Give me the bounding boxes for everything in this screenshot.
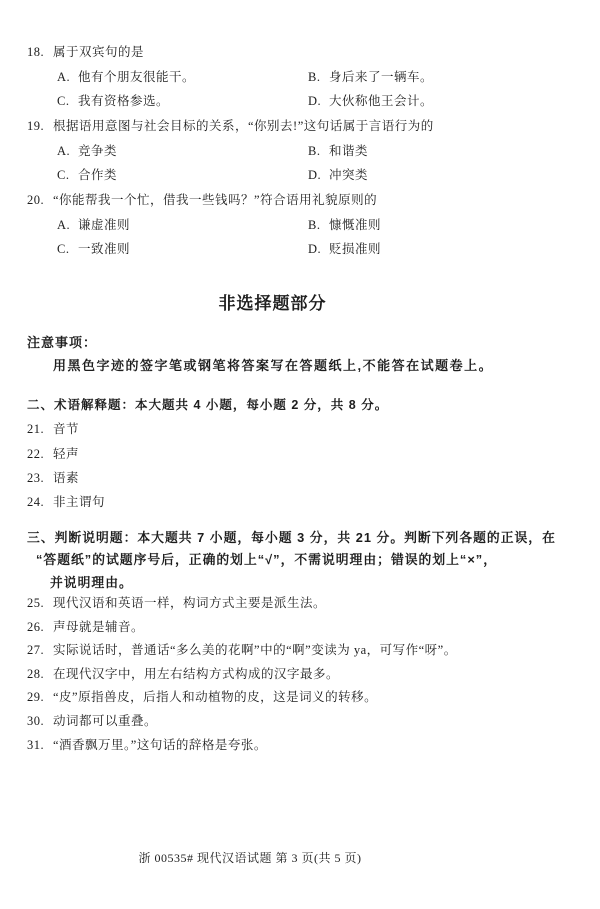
option-text: 冲突类	[329, 163, 368, 188]
item-23: 23.语素	[27, 466, 584, 490]
item-text: 音节	[53, 417, 79, 441]
option-text: 一致准则	[78, 237, 130, 262]
section-2: 二、 术语解释题：本大题共 4 小题，每小题 2 分，共 8 分。 21.音节 …	[27, 393, 584, 514]
option-letter: C.	[57, 237, 78, 262]
question-number: 19.	[27, 114, 53, 139]
question-text: 属于双宾句的是	[53, 40, 584, 65]
question-line: 19. 根据语用意图与社会目标的关系，“你别去!”这句话属于言语行为的	[27, 114, 584, 139]
section-number: 二、	[27, 393, 54, 417]
options: A.他有个朋友很能干。 B.身后来了一辆车。 C.我有资格参选。 D.大伙称他王…	[57, 65, 584, 114]
question-20: 20. “你能帮我一个忙，借我一些钱吗？”符合语用礼貌原则的 A.谦虚准则 B.…	[27, 188, 584, 262]
item-number: 30.	[27, 710, 53, 734]
option-text: 竞争类	[78, 139, 117, 164]
option-text: 谦虚准则	[78, 213, 130, 238]
exam-page: 18. 属于双宾句的是 A.他有个朋友很能干。 B.身后来了一辆车。 C.我有资…	[0, 0, 600, 909]
options: A.谦虚准则 B.慷慨准则 C.一致准则 D.贬损准则	[57, 213, 584, 262]
item-26: 26.声母就是辅音。	[27, 616, 584, 640]
option-row: A.他有个朋友很能干。 B.身后来了一辆车。	[57, 65, 584, 90]
notice: 注意事项： 用黑色字迹的签字笔或钢笔将答案写在答题纸上,不能答在试题卷上。	[27, 331, 584, 377]
option-d: D.大伙称他王会计。	[308, 89, 433, 114]
item-text: 动词都可以重叠。	[53, 710, 157, 734]
option-letter: A.	[57, 139, 78, 164]
item-25: 25.现代汉语和英语一样，构词方式主要是派生法。	[27, 592, 584, 616]
option-b: B.身后来了一辆车。	[308, 65, 433, 90]
item-text: 实际说话时，普通话“多么美的花啊”中的“啊”变读为 ya，可写作“呀”。	[53, 639, 457, 663]
option-letter: A.	[57, 65, 78, 90]
notice-label: 注意事项：	[27, 331, 584, 354]
section-title-text: 判断说明题：本大题共 7 小题，每小题 3 分，共 21 分。判断下列各题的正误…	[55, 527, 556, 549]
item-number: 31.	[27, 734, 53, 758]
section-3-title-line2: “答题纸”的试题序号后，正确的划上“√”，不需说明理由；错误的划上“×”，	[36, 549, 584, 571]
option-text: 慷慨准则	[329, 213, 381, 238]
item-number: 28.	[27, 663, 53, 687]
page-footer: 浙 00535# 现代汉语试题 第 3 页(共 5 页)	[0, 849, 500, 866]
option-row: C.我有资格参选。 D.大伙称他王会计。	[57, 89, 584, 114]
option-row: C.一致准则 D.贬损准则	[57, 237, 584, 262]
option-text: 身后来了一辆车。	[329, 65, 433, 90]
question-19: 19. 根据语用意图与社会目标的关系，“你别去!”这句话属于言语行为的 A.竞争…	[27, 114, 584, 188]
option-letter: A.	[57, 213, 78, 238]
item-text: “酒香飘万里。”这句话的辞格是夸张。	[53, 734, 267, 758]
options: A.竞争类 B.和谐类 C.合作类 D.冲突类	[57, 139, 584, 188]
option-a: A.谦虚准则	[57, 213, 308, 238]
item-number: 22.	[27, 442, 53, 466]
notice-text: 用黑色字迹的签字笔或钢笔将答案写在答题纸上,不能答在试题卷上。	[53, 354, 584, 377]
item-29: 29.“皮”原指兽皮，后指人和动植物的皮，这是词义的转移。	[27, 686, 584, 710]
question-text: 根据语用意图与社会目标的关系，“你别去!”这句话属于言语行为的	[53, 114, 584, 139]
section-3-title-line3: 并说明理由。	[50, 572, 584, 594]
option-letter: C.	[57, 89, 78, 114]
item-text: “皮”原指兽皮，后指人和动植物的皮，这是词义的转移。	[53, 686, 377, 710]
question-number: 18.	[27, 40, 53, 65]
option-b: B.和谐类	[308, 139, 368, 164]
item-number: 26.	[27, 616, 53, 640]
item-number: 27.	[27, 639, 53, 663]
section-number: 三、	[27, 527, 55, 549]
option-text: 合作类	[78, 163, 117, 188]
item-text: 轻声	[53, 442, 79, 466]
question-line: 18. 属于双宾句的是	[27, 40, 584, 65]
section-3-title-line1: 三、 判断说明题：本大题共 7 小题，每小题 3 分，共 21 分。判断下列各题…	[27, 527, 584, 549]
option-letter: D.	[308, 163, 329, 188]
item-31: 31.“酒香飘万里。”这句话的辞格是夸张。	[27, 734, 584, 758]
option-letter: B.	[308, 65, 329, 90]
option-a: A.竞争类	[57, 139, 308, 164]
option-b: B.慷慨准则	[308, 213, 381, 238]
option-letter: D.	[308, 89, 329, 114]
option-d: D.贬损准则	[308, 237, 381, 262]
item-number: 29.	[27, 686, 53, 710]
option-text: 大伙称他王会计。	[329, 89, 433, 114]
item-text: 现代汉语和英语一样，构词方式主要是派生法。	[53, 592, 326, 616]
option-letter: B.	[308, 213, 329, 238]
item-number: 23.	[27, 466, 53, 490]
item-text: 非主谓句	[53, 490, 105, 514]
option-c: C.一致准则	[57, 237, 308, 262]
section-2-title: 二、 术语解释题：本大题共 4 小题，每小题 2 分，共 8 分。	[27, 393, 584, 417]
question-line: 20. “你能帮我一个忙，借我一些钱吗？”符合语用礼貌原则的	[27, 188, 584, 213]
option-text: 和谐类	[329, 139, 368, 164]
item-27: 27.实际说话时，普通话“多么美的花啊”中的“啊”变读为 ya，可写作“呀”。	[27, 639, 584, 663]
option-row: A.谦虚准则 B.慷慨准则	[57, 213, 584, 238]
item-number: 24.	[27, 490, 53, 514]
item-text: 语素	[53, 466, 79, 490]
option-text: 贬损准则	[329, 237, 381, 262]
option-text: 他有个朋友很能干。	[78, 65, 195, 90]
option-d: D.冲突类	[308, 163, 368, 188]
section-title-text: 术语解释题：本大题共 4 小题，每小题 2 分，共 8 分。	[54, 393, 388, 417]
option-c: C.我有资格参选。	[57, 89, 308, 114]
item-24: 24.非主谓句	[27, 490, 584, 514]
item-28: 28.在现代汉字中，用左右结构方式构成的汉字最多。	[27, 663, 584, 687]
item-number: 21.	[27, 417, 53, 441]
option-letter: B.	[308, 139, 329, 164]
option-row: A.竞争类 B.和谐类	[57, 139, 584, 164]
item-22: 22.轻声	[27, 442, 584, 466]
item-text: 声母就是辅音。	[53, 616, 144, 640]
option-letter: C.	[57, 163, 78, 188]
item-text: 在现代汉字中，用左右结构方式构成的汉字最多。	[53, 663, 339, 687]
item-21: 21.音节	[27, 417, 584, 441]
option-letter: D.	[308, 237, 329, 262]
section-3-title: 三、 判断说明题：本大题共 7 小题，每小题 3 分，共 21 分。判断下列各题…	[27, 527, 584, 594]
option-row: C.合作类 D.冲突类	[57, 163, 584, 188]
question-text: “你能帮我一个忙，借我一些钱吗？”符合语用礼貌原则的	[53, 188, 584, 213]
section-2-items: 21.音节 22.轻声 23.语素 24.非主谓句	[27, 417, 584, 514]
item-number: 25.	[27, 592, 53, 616]
option-a: A.他有个朋友很能干。	[57, 65, 308, 90]
section-3-items: 25.现代汉语和英语一样，构词方式主要是派生法。 26.声母就是辅音。 27.实…	[27, 592, 584, 757]
option-c: C.合作类	[57, 163, 308, 188]
item-30: 30.动词都可以重叠。	[27, 710, 584, 734]
part-heading: 非选择题部分	[0, 289, 545, 314]
question-18: 18. 属于双宾句的是 A.他有个朋友很能干。 B.身后来了一辆车。 C.我有资…	[27, 40, 584, 114]
question-number: 20.	[27, 188, 53, 213]
option-text: 我有资格参选。	[78, 89, 169, 114]
